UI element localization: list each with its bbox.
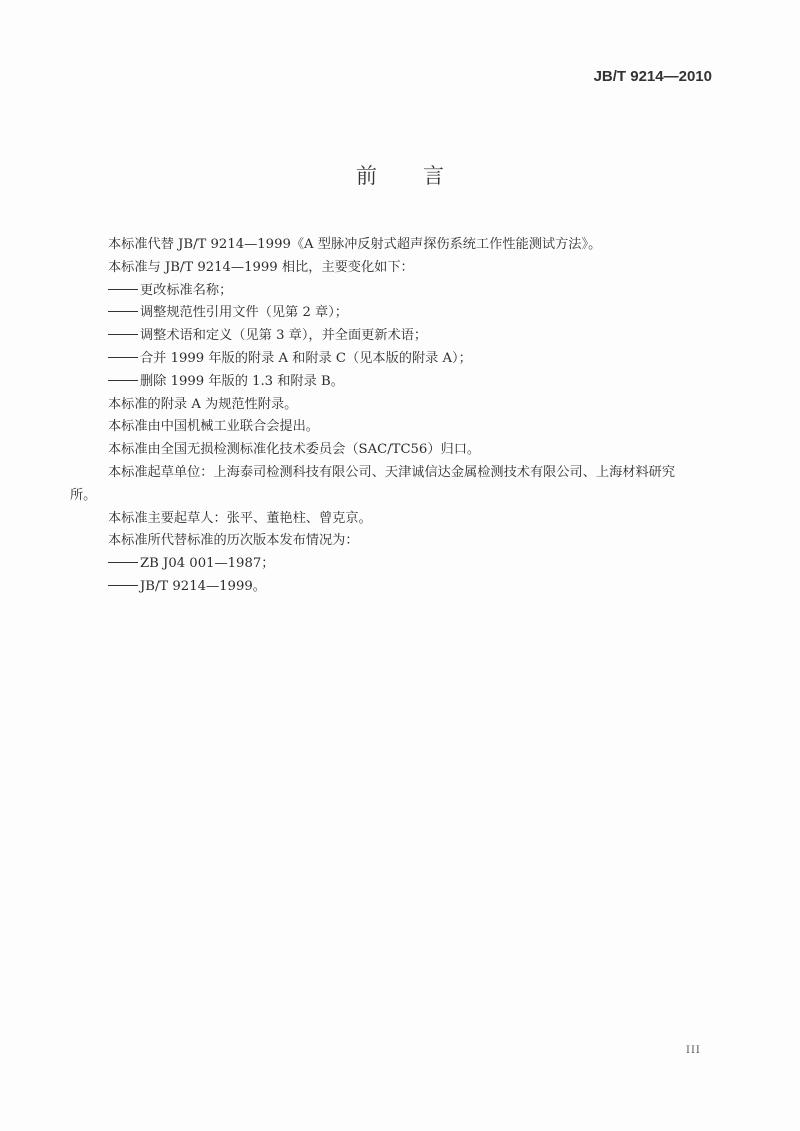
standard-code: JB/T 9214—2010 xyxy=(594,68,712,85)
paragraph-centralized-by: 本标准由全国无损检测标准化技术委员会（SAC/TC56）归口。 xyxy=(94,439,754,462)
dash-mark xyxy=(108,357,138,358)
document-page: JB/T 9214—2010 前言 本标准代替 JB/T 9214—1999《A… xyxy=(0,0,800,1131)
paragraph-drafting-units: 本标准起草单位：上海泰司检测科技有限公司、天津诚信达金属检测技术有限公司、上海材… xyxy=(94,462,754,485)
paragraph-drafters: 本标准主要起草人：张平、董艳柱、曾克京。 xyxy=(94,508,754,531)
page-number: III xyxy=(686,1045,701,1056)
paragraph-changes-intro: 本标准与 JB/T 9214—1999 相比，主要变化如下： xyxy=(94,257,754,280)
paragraph-replaces: 本标准代替 JB/T 9214—1999《A 型脉冲反射式超声探伤系统工作性能测… xyxy=(94,234,754,257)
dash-mark xyxy=(108,562,138,563)
foreword-body: 本标准代替 JB/T 9214—1999《A 型脉冲反射式超声探伤系统工作性能测… xyxy=(94,234,754,599)
change-item: 更改标准名称； xyxy=(94,280,754,303)
history-item: JB/T 9214—1999。 xyxy=(94,576,754,599)
change-item: 合并 1999 年版的附录 A 和附录 C（见本版的附录 A）； xyxy=(94,348,754,371)
dash-mark xyxy=(108,585,138,586)
dash-mark xyxy=(108,289,138,290)
paragraph-proposed-by: 本标准由中国机械工业联合会提出。 xyxy=(94,416,754,439)
paragraph-annex: 本标准的附录 A 为规范性附录。 xyxy=(94,394,754,417)
dash-mark xyxy=(108,380,138,381)
dash-mark xyxy=(108,334,138,335)
dash-mark xyxy=(108,311,138,312)
paragraph-history-intro: 本标准所代替标准的历次版本发布情况为： xyxy=(94,530,754,553)
change-item: 调整术语和定义（见第 3 章），并全面更新术语； xyxy=(94,325,754,348)
change-item: 删除 1999 年版的 1.3 和附录 B。 xyxy=(94,371,754,394)
paragraph-drafting-units-cont: 所。 xyxy=(94,485,754,508)
page-title: 前言 xyxy=(0,160,800,190)
change-item: 调整规范性引用文件（见第 2 章）； xyxy=(94,302,754,325)
history-item: ZB J04 001—1987； xyxy=(94,553,754,576)
